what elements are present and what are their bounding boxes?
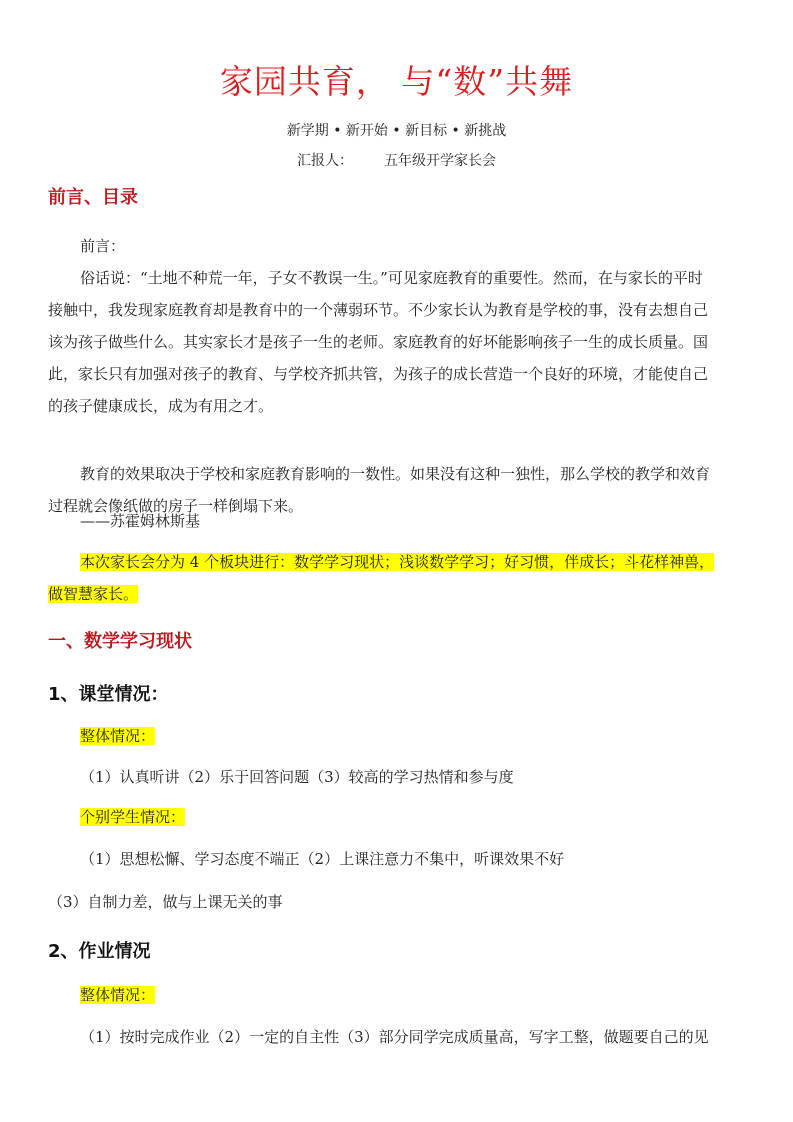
quote-line: 教育的效果取决于学校和家庭教育影响的一数性。如果没有这种一独性，那么学校的教学和… <box>48 458 748 490</box>
preface-line: 的孩子健康成长，成为有用之才。 <box>48 390 748 422</box>
preface-label: 前言： <box>80 235 125 256</box>
highlight-label: 个别学生情况： <box>80 808 185 826</box>
reporter-line: 汇报人： 五年级开学家长会 <box>0 150 793 170</box>
sub1-individual-text-2: （3）自制力差，做与上课无关的事 <box>48 891 283 912</box>
document-subtitle: 新学期 • 新开始 • 新目标 • 新挑战 <box>0 120 793 140</box>
agenda-highlight: 做智慧家长。 <box>48 585 138 603</box>
preface-heading: 前言、目录 <box>48 183 138 209</box>
sub1-heading: 1、课堂情况： <box>48 680 169 706</box>
agenda-line-1: 本次家长会分为 4 个板块进行：数学学习现状；浅谈数学学习；好习惯，伴成长；斗花… <box>80 550 714 574</box>
preface-line: 接触中，我发现家庭教育却是教育中的一个薄弱环节。不少家长认为教育是学校的事，没有… <box>48 294 748 326</box>
reporter-value: 五年级开学家长会 <box>384 153 496 169</box>
agenda-line-2: 做智慧家长。 <box>48 582 138 606</box>
document-title: 家园共育， 与“数”共舞 <box>0 56 793 103</box>
section1-heading: 一、数学学习现状 <box>48 627 192 653</box>
reporter-label: 汇报人： <box>297 153 353 169</box>
sub2-overall-text: （1）按时完成作业（2）一定的自主性（3）部分同学完成质量高，写字工整，做题要自… <box>80 1026 709 1047</box>
sub2-heading: 2、作业情况 <box>48 937 151 963</box>
sub1-individual-text-1: （1）思想松懈、学习态度不端正（2）上课注意力不集中，听课效果不好 <box>80 848 564 869</box>
document-page: 家园共育， 与“数”共舞 新学期 • 新开始 • 新目标 • 新挑战 汇报人： … <box>0 0 793 1122</box>
sub1-overall-text: （1）认真听讲（2）乐于回答问题（3）较高的学习热情和参与度 <box>80 766 514 787</box>
highlight-label: 整体情况： <box>80 986 155 1004</box>
sub1-overall-label: 整体情况： <box>80 724 155 748</box>
preface-line: 此，家长只有加强对孩子的教育、与学校齐抓共管，为孩子的成长营造一个良好的环境，才… <box>48 358 748 390</box>
sub1-individual-label: 个别学生情况： <box>80 805 185 829</box>
preface-line: 俗话说：“土地不种荒一年，子女不教误一生。”可见家庭教育的重要性。然而，在与家长… <box>48 262 748 294</box>
agenda-highlight: 本次家长会分为 4 个板块进行：数学学习现状；浅谈数学学习；好习惯，伴成长；斗花… <box>80 553 714 571</box>
sub2-overall-label: 整体情况： <box>80 983 155 1007</box>
preface-paragraph: 俗话说：“土地不种荒一年，子女不教误一生。”可见家庭教育的重要性。然而，在与家长… <box>48 262 748 422</box>
quote-author: ——苏霍姆林斯基 <box>80 510 200 531</box>
highlight-label: 整体情况： <box>80 727 155 745</box>
preface-line: 该为孩子做些什么。其实家长才是孩子一生的老师。家庭教育的好坏能影响孩子一生的成长… <box>48 326 748 358</box>
